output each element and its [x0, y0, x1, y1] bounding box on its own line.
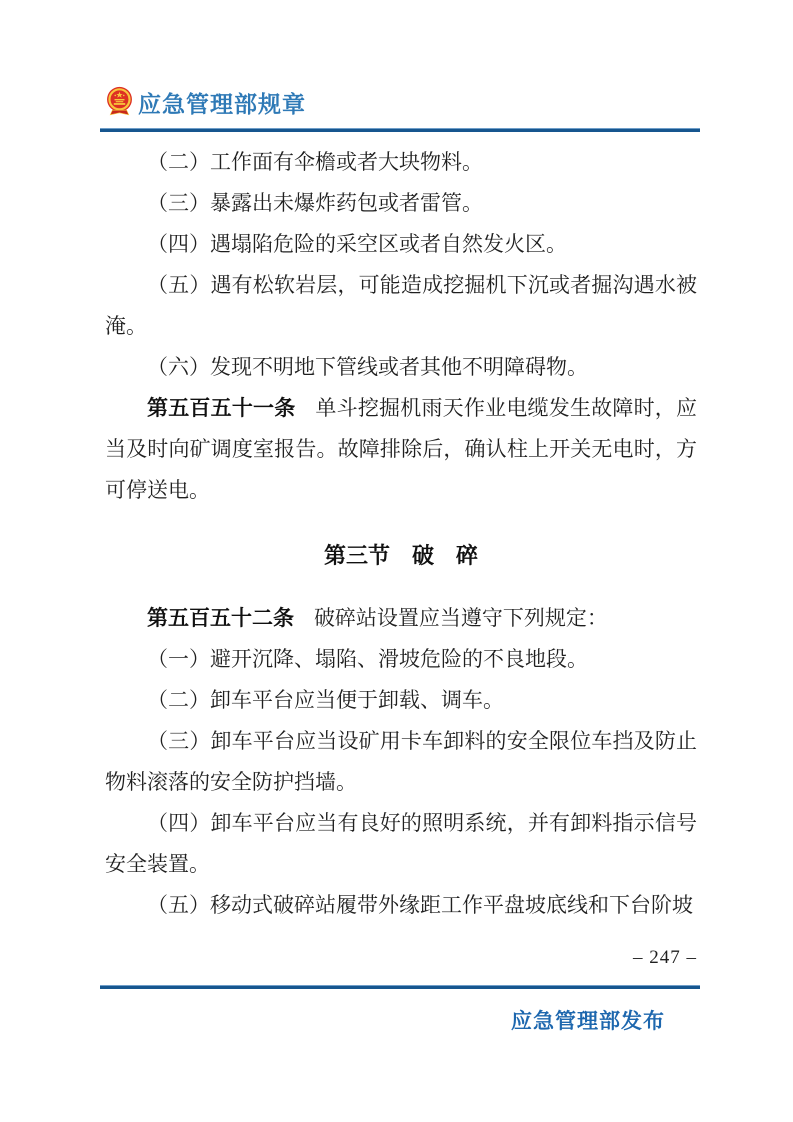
- header-rule: [100, 128, 700, 132]
- list-item: （五）遇有松软岩层，可能造成挖掘机下沉或者掘沟遇水被淹。: [105, 265, 697, 347]
- list-item: （二）工作面有伞檐或者大块物料。: [105, 142, 697, 183]
- list-item: （五）移动式破碎站履带外缘距工作平盘坡底线和下台阶坡: [105, 885, 697, 926]
- list-item: （三）卸车平台应当设矿用卡车卸料的安全限位车挡及防止物料滚落的安全防护挡墙。: [105, 721, 697, 803]
- article-number-label: 第五百五十一条: [147, 397, 295, 420]
- header-title: 应急管理部规章: [138, 86, 306, 119]
- section-heading: 第三节 破 碎: [105, 535, 697, 576]
- list-item: （二）卸车平台应当便于卸载、调车。: [105, 680, 697, 721]
- page-number: – 247 –: [105, 947, 697, 969]
- list-item: （三）暴露出未爆炸药包或者雷管。: [105, 183, 697, 224]
- article-paragraph: 第五百五十二条破碎站设置应当遵守下列规定：: [105, 598, 697, 639]
- list-item: （六）发现不明地下管线或者其他不明障碍物。: [105, 347, 697, 388]
- document-body: （二）工作面有伞檐或者大块物料。 （三）暴露出未爆炸药包或者雷管。 （四）遇塌陷…: [105, 142, 697, 926]
- china-national-emblem-icon: [105, 86, 134, 118]
- article-number-label: 第五百五十二条: [147, 607, 294, 630]
- article-paragraph: 第五百五十一条单斗挖掘机雨天作业电缆发生故障时，应当及时向矿调度室报告。故障排除…: [105, 388, 697, 511]
- list-item: （一）避开沉降、塌陷、滑坡危险的不良地段。: [105, 639, 697, 680]
- list-item: （四）遇塌陷危险的采空区或者自然发火区。: [105, 224, 697, 265]
- footer-rule: [100, 985, 700, 989]
- article-text: 破碎站设置应当遵守下列规定：: [314, 606, 608, 630]
- document-page: 应急管理部规章 （二）工作面有伞檐或者大块物料。 （三）暴露出未爆炸药包或者雷管…: [0, 0, 793, 1122]
- list-item: （四）卸车平台应当有良好的照明系统，并有卸料指示信号安全装置。: [105, 803, 697, 885]
- publisher-label: 应急管理部发布: [511, 1005, 665, 1035]
- page-header: 应急管理部规章: [105, 86, 306, 118]
